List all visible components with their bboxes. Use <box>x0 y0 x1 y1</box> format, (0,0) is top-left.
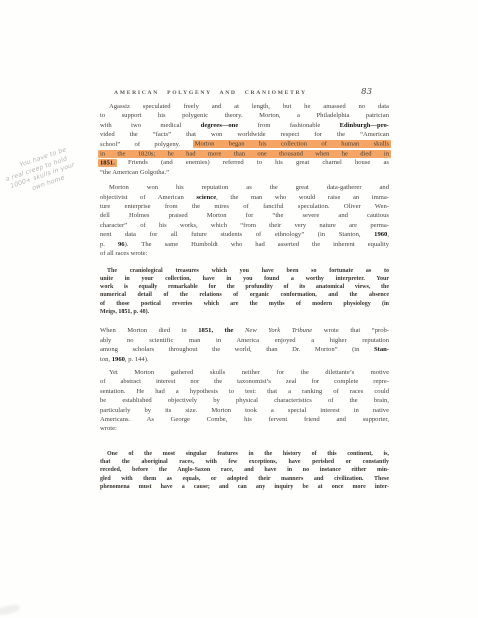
block-quote: The craniological treasures which you ha… <box>100 267 389 317</box>
emphasized-text: 1851, the <box>198 327 233 334</box>
text-line: of those poetical reveries which are the… <box>100 300 389 308</box>
text-segment: numerical detail of the relations of org… <box>100 292 389 298</box>
text-segment: ably no scientific man in America enjoye… <box>100 337 389 344</box>
text-line: ton, 1960, p. 144). <box>100 355 389 364</box>
text-segment: p. <box>100 241 118 248</box>
body-paragraph: When Morton died in 1851, the New York T… <box>100 326 389 364</box>
text-line: be established objectively by physical c… <box>100 396 389 405</box>
text-segment: ton, <box>100 356 112 363</box>
text-segment: When Morton died in <box>100 327 198 334</box>
text-segment: dell Holmes praised Morton for “the seve… <box>100 212 389 219</box>
text-segment: Morton won his reputation as the great d… <box>109 184 389 191</box>
page-number: 83 <box>361 87 372 97</box>
text-segment: unite in your collection, have in you fo… <box>100 276 389 282</box>
text-segment: that the aboriginal races, with few exce… <box>100 459 389 465</box>
highlighted-text: in the 1820s; he had more than one thous… <box>100 150 389 158</box>
text-line: Morton won his reputation as the great d… <box>100 183 389 192</box>
text-line: The craniological treasures which you ha… <box>100 267 389 275</box>
text-segment: receded, before the Anglo-Saxon race, an… <box>100 467 389 473</box>
book-page-scan: AMERICAN POLYGENY AND CRANIOMETRY 83 Aga… <box>0 0 478 618</box>
text-column: Agassiz speculated freely and at length,… <box>100 102 389 491</box>
text-line: Yet Morton gathered skulls neither for t… <box>100 368 389 377</box>
text-segment: “the American Golgotha.” <box>100 169 169 176</box>
text-segment: of all races wrote: <box>100 250 147 257</box>
text-segment <box>233 327 245 334</box>
text-line: numerical detail of the relations of org… <box>100 291 389 299</box>
text-segment: wrote: <box>100 425 117 432</box>
text-line: When Morton died in 1851, the New York T… <box>100 326 389 335</box>
text-segment: The craniological treasures which you ha… <box>107 268 389 274</box>
text-segment: , p. 144). <box>125 356 149 363</box>
scan-smudge <box>0 603 21 616</box>
text-line: phenomena must have a cause; and can any… <box>100 483 389 491</box>
text-line: character” of his works, which “from the… <box>100 221 389 230</box>
chapter-title: AMERICAN POLYGENY AND CRANIOMETRY <box>114 90 307 96</box>
text-segment: be established objectively by physical c… <box>100 397 389 404</box>
text-line: of all races wrote: <box>100 249 389 258</box>
text-line: nent data for all future students of eth… <box>100 230 389 239</box>
text-segment: sentation. He had a hypothesis to test: … <box>100 388 389 395</box>
text-line: dell Holmes praised Morton for “the seve… <box>100 211 389 220</box>
text-segment: nent data for all future students of eth… <box>100 231 374 238</box>
text-line: 1851. Friends (and enemies) referred to … <box>100 158 389 167</box>
text-segment: , the man who would raise an imma- <box>216 194 389 201</box>
highlighted-text: Morton began his collection of human sku… <box>195 140 389 148</box>
text-line: “the American Golgotha.” <box>100 168 389 177</box>
text-line: vided the “facts” that won worldwide res… <box>100 130 389 139</box>
emphasized-text: science <box>196 194 216 201</box>
text-segment: from fashionable <box>238 122 339 129</box>
text-line: that the aboriginal races, with few exce… <box>100 458 389 466</box>
text-segment: wrote that “prob- <box>312 327 389 334</box>
text-segment: Agassiz speculated freely and at length,… <box>109 103 389 110</box>
text-line: to support his polygenic theory. Morton,… <box>100 111 389 120</box>
body-paragraph: Morton won his reputation as the great d… <box>100 183 389 258</box>
text-line: work is equally remarkable for the profu… <box>100 283 389 291</box>
text-line: Meigs, 1851, p. 48). <box>100 308 389 316</box>
text-segment: ture enterprise from the mires of fancif… <box>100 203 389 210</box>
text-line: ably no scientific man in America enjoye… <box>100 336 389 345</box>
text-segment: character” of his works, which “from the… <box>100 222 389 229</box>
text-segment: Meigs, <box>100 309 118 315</box>
text-segment: Friends (and enemies) referred to his gr… <box>115 159 389 166</box>
text-segment: with two medical <box>100 122 201 129</box>
text-segment: gled with them as equals, or adopted the… <box>100 476 389 482</box>
text-segment: to support his polygenic theory. Morton,… <box>100 112 389 119</box>
emphasized-text: Edinburgh—pro- <box>340 122 389 129</box>
text-line: wrote: <box>100 424 389 433</box>
text-line: p. 96). The same Humboldt who had assert… <box>100 240 389 249</box>
text-line: gled with them as equals, or adopted the… <box>100 475 389 483</box>
text-segment: ). The same Humboldt who had asserted th… <box>125 241 389 248</box>
text-segment: Americans. As George Combe, his fervent … <box>100 416 389 423</box>
text-line: receded, before the Anglo-Saxon race, an… <box>100 466 389 474</box>
italic-text: New York Tribune <box>245 327 312 334</box>
text-segment: among scholars throughout the world, tha… <box>100 346 374 353</box>
emphasized-text: Stan- <box>374 346 389 353</box>
text-segment: , <box>387 231 389 238</box>
text-line: Americans. As George Combe, his fervent … <box>100 415 389 424</box>
text-line: sentation. He had a hypothesis to test: … <box>100 387 389 396</box>
text-line: school” of polygeny. Morton began his co… <box>100 140 389 149</box>
text-line: in the 1820s; he had more than one thous… <box>100 149 389 158</box>
block-quote: One of the most singular features in the… <box>100 450 389 491</box>
emphasized-text: 1960 <box>112 356 125 363</box>
body-paragraph: Yet Morton gathered skulls neither for t… <box>100 368 389 434</box>
text-segment: of abstract interest nor the taxonomist’… <box>100 378 389 385</box>
emphasized-text: 1851 <box>118 309 130 315</box>
text-segment: work is equally remarkable for the profu… <box>100 284 389 290</box>
text-segment: One of the most singular features in the… <box>107 451 389 457</box>
emphasized-text: 96 <box>118 241 125 248</box>
text-line: Agassiz speculated freely and at length,… <box>100 102 389 111</box>
text-line: ture enterprise from the mires of fancif… <box>100 202 389 211</box>
text-segment: vided the “facts” that won worldwide res… <box>100 131 389 138</box>
text-line: One of the most singular features in the… <box>100 450 389 458</box>
text-line: unite in your collection, have in you fo… <box>100 275 389 283</box>
running-head: AMERICAN POLYGENY AND CRANIOMETRY 83 <box>114 87 372 97</box>
text-segment: objectivist of American <box>100 194 196 201</box>
body-paragraph: Agassiz speculated freely and at length,… <box>100 102 389 177</box>
text-line: particularly by its size. Morton took a … <box>100 406 389 415</box>
emphasized-text: degrees—one <box>201 122 239 129</box>
text-segment: particularly by its size. Morton took a … <box>100 407 389 414</box>
text-segment: of those poetical reveries which are the… <box>100 301 389 307</box>
text-line: with two medical degrees—one from fashio… <box>100 121 389 130</box>
text-segment: , p. 48). <box>130 309 149 315</box>
text-segment: phenomena must have a cause; and can any… <box>100 484 389 490</box>
text-segment: Yet Morton gathered skulls neither for t… <box>109 369 389 376</box>
emphasized-text: 1960 <box>374 231 387 238</box>
text-line: objectivist of American science, the man… <box>100 193 389 202</box>
text-line: of abstract interest nor the taxonomist’… <box>100 377 389 386</box>
text-line: among scholars throughout the world, tha… <box>100 345 389 354</box>
